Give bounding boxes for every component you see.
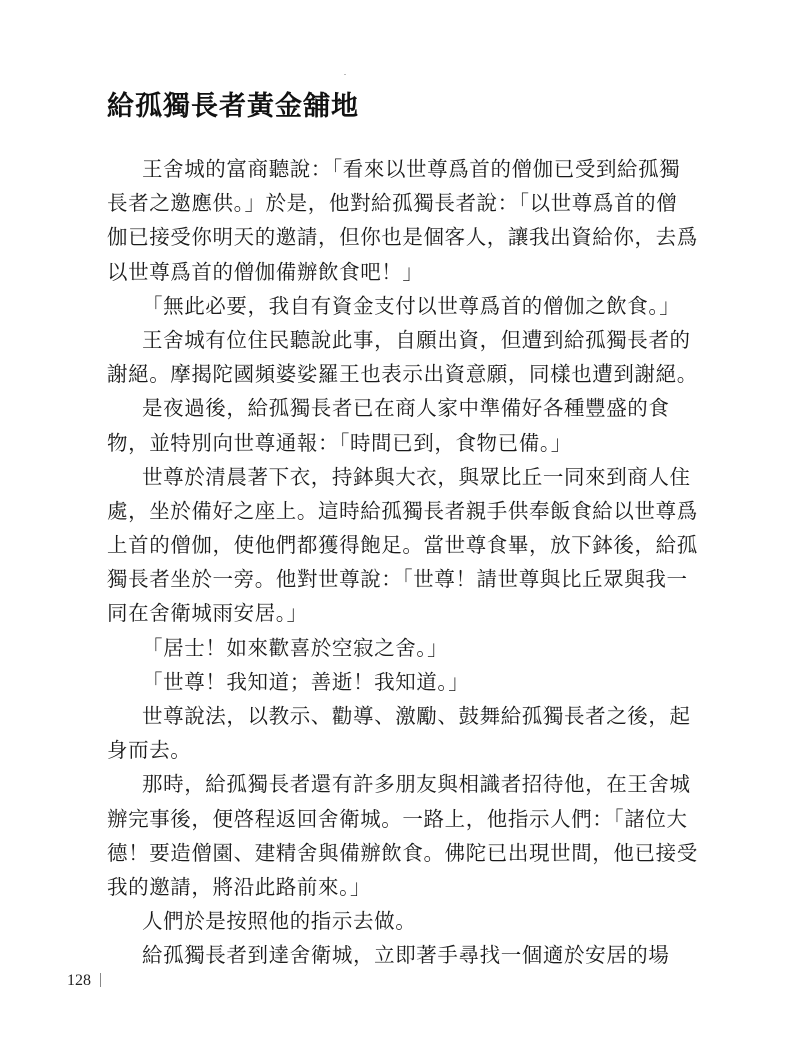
text-line: 上首的僧伽，使他們都獲得飽足。當世尊食畢，放下鉢後，給孤 (107, 528, 715, 562)
text-line: 辦完事後，便啓程返回舍衛城。一路上，他指示人們：「諸位大 (107, 802, 715, 836)
page-footer: 128 (67, 972, 101, 990)
text-line: 「世尊！我知道；善逝！我知道。」 (107, 665, 715, 699)
text-line: 以世尊爲首的僧伽備辦飲食吧！」 (107, 255, 715, 289)
text-line: 獨長者坐於一旁。他對世尊說：「世尊！請世尊與比丘眾與我一 (107, 562, 715, 596)
folio-divider (100, 973, 101, 987)
text-line: 那時，給孤獨長者還有許多朋友與相識者招待他，在王舍城 (107, 767, 715, 801)
section-title: 給孤獨長者黃金舖地 (107, 84, 359, 123)
text-line: 「無此必要，我自有資金支付以世尊爲首的僧伽之飲食。」 (107, 289, 715, 323)
page-number: 128 (67, 972, 91, 989)
text-line: 德！要造僧園、建精舍與備辦飲食。佛陀已出現世間，他已接受 (107, 836, 715, 870)
text-line: 我的邀請，將沿此路前來。」 (107, 870, 715, 904)
text-line: 謝絕。摩揭陀國頻婆娑羅王也表示出資意願，同樣也遭到謝絕。 (107, 357, 715, 391)
text-line: 世尊於清晨著下衣，持鉢與大衣，與眾比丘一同來到商人住 (107, 460, 715, 494)
text-line: 給孤獨長者到達舍衛城，立即著手尋找一個適於安居的場 (107, 938, 715, 972)
text-line: 是夜過後，給孤獨長者已在商人家中準備好各種豐盛的食 (107, 391, 715, 425)
text-line: 「居士！如來歡喜於空寂之舍。」 (107, 631, 715, 665)
book-page: 給孤獨長者黃金舖地 王舍城的富商聽說：「看來以世尊爲首的僧伽已受到給孤獨長者之邀… (0, 0, 792, 1056)
text-line: 世尊說法，以教示、勸導、激勵、鼓舞給孤獨長者之後，起 (107, 699, 715, 733)
text-line: 長者之邀應供。」於是，他對給孤獨長者說：「以世尊爲首的僧 (107, 186, 715, 220)
text-line: 處，坐於備好之座上。這時給孤獨長者親手供奉飯食給以世尊爲 (107, 494, 715, 528)
body-text: 王舍城的富商聽說：「看來以世尊爲首的僧伽已受到給孤獨長者之邀應供。」於是，他對給… (107, 152, 715, 973)
scan-speck (344, 74, 346, 75)
text-line: 伽已接受你明天的邀請，但你也是個客人，讓我出資給你，去爲 (107, 220, 715, 254)
text-line: 王舍城有位住民聽說此事，自願出資，但遭到給孤獨長者的 (107, 323, 715, 357)
text-line: 同在舍衛城雨安居。」 (107, 596, 715, 630)
text-line: 物，並特別向世尊通報：「時間已到，食物已備。」 (107, 426, 715, 460)
text-line: 王舍城的富商聽說：「看來以世尊爲首的僧伽已受到給孤獨 (107, 152, 715, 186)
text-line: 人們於是按照他的指示去做。 (107, 904, 715, 938)
text-line: 身而去。 (107, 733, 715, 767)
